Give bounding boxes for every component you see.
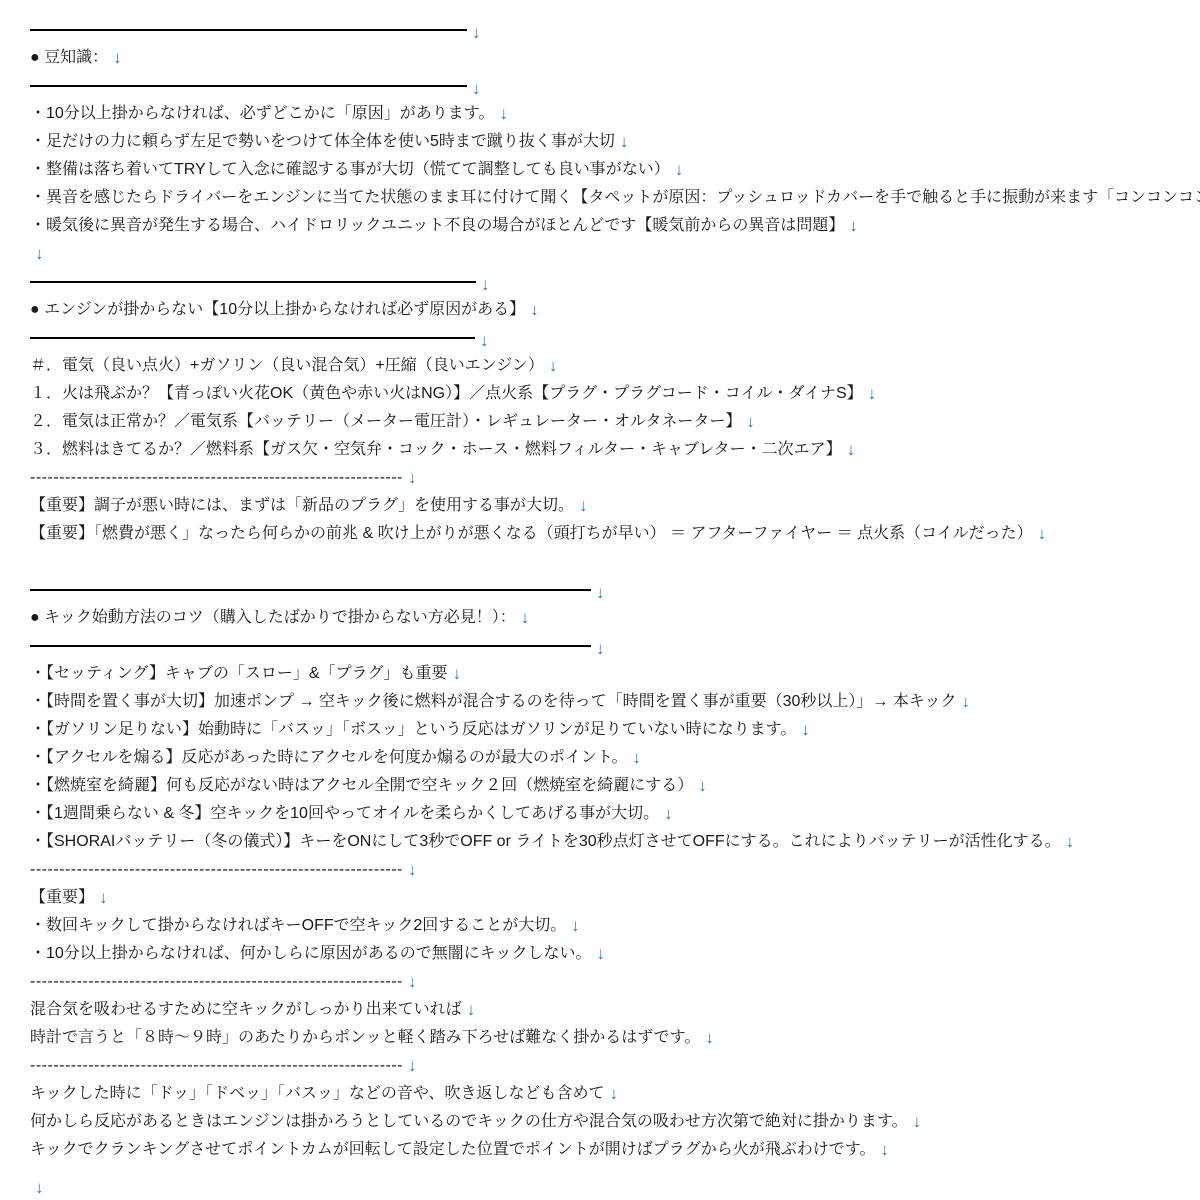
linebreak-arrow-icon: ↓	[530, 296, 539, 324]
text-line-content: ● キック始動方法のコツ（購入したばかりで掛からない方必見！）：	[30, 604, 516, 632]
text-line-content: ・整備は落ち着いてTRYして入念に確認する事が大切（慌てて調整しても良い事がない…	[30, 156, 670, 184]
linebreak-arrow-icon: ↓	[453, 660, 462, 688]
text-line: 【重要】「燃費が悪く」なったら何らかの前兆 & 吹け上がりが悪くなる（頭打ちが早…	[30, 520, 1200, 548]
text-line-content: 時計で言うと「８時〜９時」のあたりからポンッと軽く踏み下ろせば難なく掛かるはずで…	[30, 1024, 700, 1052]
text-line-content: 【重要】「燃費が悪く」なったら何らかの前兆 & 吹け上がりが悪くなる（頭打ちが早…	[30, 520, 1033, 548]
text-line-content: ・【アクセルを煽る】反応があった時にアクセルを何度か煽るのが最大のポイント。	[30, 744, 627, 772]
text-line-content: ・暖気後に異音が発生する場合、ハイドロリックユニット不良の場合がほとんどです【暖…	[30, 212, 844, 240]
text-line-content: １．火は飛ぶか？【青っぽい火花OK（黄色や赤い火はNG）】／点火系【プラグ・プラ…	[30, 380, 863, 408]
text-line-content: ＃．電気（良い点火）+ガソリン（良い混合気）+圧縮（良いエンジン）	[30, 352, 544, 380]
text-line: ・【1週間乗らない & 冬】空キックを10回やってオイルを柔らかくしてあげる事が…	[30, 800, 1200, 828]
text-line: ＃．電気（良い点火）+ガソリン（良い混合気）+圧縮（良いエンジン）↓	[30, 352, 1200, 380]
dashed-separator-line: ----------------------------------------…	[30, 968, 1200, 996]
text-line-content: ・異音を感じたらドライバーをエンジンに当てた状態のまま耳に付けて聞く【タペットが…	[30, 184, 1200, 212]
text-line-content: ２．電気は正常か？／電気系【バッテリー（メーター電圧計）・レギュレーター・オルタ…	[30, 408, 741, 436]
linebreak-arrow-icon: ↓	[472, 19, 481, 47]
text-line-content: ３．燃料はきてるか？／燃料系【ガス欠・空気弁・コック・ホース・燃料フィルター・キ…	[30, 436, 842, 464]
text-line-content: ・【時間を置く事が大切】加速ポンプ → 空キック後に燃料が混合するのを待って「時…	[30, 688, 957, 716]
section-divider-rule: ↓	[30, 268, 1200, 296]
dashed-separator: ----------------------------------------…	[30, 856, 403, 884]
linebreak-arrow-icon: ↓	[549, 352, 558, 380]
linebreak-arrow-icon: ↓	[408, 968, 417, 996]
text-line-content: ・10分以上掛からなければ、必ずどこかに「原因」があります。	[30, 100, 495, 128]
text-line-content: 混合気を吸わせるすために空キックがしっかり出来ていれば	[30, 996, 462, 1024]
horizontal-rule	[30, 29, 467, 31]
linebreak-arrow-icon: ↓	[467, 996, 476, 1024]
dashed-separator-line: ----------------------------------------…	[30, 856, 1200, 884]
text-line-content: 【重要】調子が悪い時には、まずは「新品のプラグ」を使用する事が大切。	[30, 492, 574, 520]
text-line: ・10分以上掛からなければ、何かしらに原因があるので無闇にキックしない。↓	[30, 940, 1200, 968]
linebreak-arrow-icon: ↓	[500, 100, 509, 128]
text-line: 【重要】↓	[30, 884, 1200, 912]
text-line: １．火は飛ぶか？【青っぽい火花OK（黄色や赤い火はNG）】／点火系【プラグ・プラ…	[30, 380, 1200, 408]
text-line: ・【時間を置く事が大切】加速ポンプ → 空キック後に燃料が混合するのを待って「時…	[30, 688, 1200, 716]
linebreak-arrow-icon: ↓	[664, 800, 673, 828]
linebreak-arrow-icon: ↓	[746, 408, 755, 436]
text-line: 何かしら反応があるときはエンジンは掛かろうとしているのでキックの仕方や混合気の吸…	[30, 1108, 1200, 1136]
linebreak-arrow-icon: ↓	[1038, 520, 1047, 548]
text-line: ３．燃料はきてるか？／燃料系【ガス欠・空気弁・コック・ホース・燃料フィルター・キ…	[30, 436, 1200, 464]
dashed-separator: ----------------------------------------…	[30, 968, 403, 996]
horizontal-rule	[30, 645, 591, 647]
linebreak-arrow-icon: ↓	[620, 128, 629, 156]
text-line: ● 豆知識：↓	[30, 44, 1200, 72]
linebreak-arrow-icon: ↓	[596, 635, 605, 663]
text-line: ・数回キックして掛からなければキーOFFで空キック2回することが大切。↓	[30, 912, 1200, 940]
horizontal-rule	[30, 337, 475, 339]
text-line: ・【セッティング】キャブの「スロー」&「プラグ」も重要↓	[30, 660, 1200, 688]
linebreak-arrow-icon: ↓	[675, 156, 684, 184]
text-line: ・足だけの力に頼らず左足で勢いをつけて体全体を使い5時まで蹴り抜く事が大切↓	[30, 128, 1200, 156]
dashed-separator-line: ----------------------------------------…	[30, 464, 1200, 492]
text-line: ・10分以上掛からなければ、必ずどこかに「原因」があります。↓	[30, 100, 1200, 128]
linebreak-arrow-icon: ↓	[481, 271, 490, 299]
text-line-content: ・【ガソリン足りない】始動時に「バスッ」「ボスッ」という反応はガソリンが足りてい…	[30, 716, 796, 744]
text-line-content: ・【燃焼室を綺麗】何も反応がない時はアクセル全開で空キック２回（燃焼室を綺麗にす…	[30, 772, 693, 800]
linebreak-arrow-icon: ↓	[801, 716, 810, 744]
linebreak-arrow-icon: ↓	[408, 464, 417, 492]
linebreak-arrow-icon: ↓	[705, 1024, 714, 1052]
section-divider-rule: ↓	[30, 72, 1200, 100]
linebreak-arrow-icon: ↓	[35, 1174, 44, 1200]
linebreak-arrow-icon: ↓	[847, 436, 856, 464]
text-line: ・【SHORAIバッテリー（冬の儀式）】キーをONにして3秒でOFF or ライ…	[30, 828, 1200, 856]
linebreak-arrow-icon: ↓	[113, 44, 122, 72]
text-line: ● エンジンが掛からない【10分以上掛からなければ必ず原因がある】↓	[30, 296, 1200, 324]
text-line: ２．電気は正常か？／電気系【バッテリー（メーター電圧計）・レギュレーター・オルタ…	[30, 408, 1200, 436]
text-line-content: キックでクランキングさせてポイントカムが回転して設定した位置でポイントが開けばプ…	[30, 1136, 875, 1164]
linebreak-arrow-icon: ↓	[35, 240, 44, 268]
linebreak-arrow-icon: ↓	[472, 75, 481, 103]
linebreak-arrow-icon: ↓	[596, 579, 605, 607]
linebreak-arrow-icon: ↓	[521, 604, 530, 632]
text-line-content: ・【SHORAIバッテリー（冬の儀式）】キーをONにして3秒でOFF or ライ…	[30, 828, 1061, 856]
linebreak-arrow-icon: ↓	[913, 1108, 922, 1136]
linebreak-arrow-icon: ↓	[579, 492, 588, 520]
section-divider-rule: ↓	[30, 632, 1200, 660]
empty-line: ↓	[30, 240, 1200, 268]
linebreak-arrow-icon: ↓	[99, 884, 108, 912]
text-line: ・【アクセルを煽る】反応があった時にアクセルを何度か煽るのが最大のポイント。↓	[30, 744, 1200, 772]
section-divider-rule: ↓	[30, 16, 1200, 44]
text-line-content: ・【1週間乗らない & 冬】空キックを10回やってオイルを柔らかくしてあげる事が…	[30, 800, 659, 828]
text-line-content: ・10分以上掛からなければ、何かしらに原因があるので無闇にキックしない。	[30, 940, 591, 968]
text-line-content: 【重要】	[30, 884, 94, 912]
linebreak-arrow-icon: ↓	[880, 1136, 889, 1164]
linebreak-arrow-icon: ↓	[408, 1052, 417, 1080]
text-line-content: 何かしら反応があるときはエンジンは掛かろうとしているのでキックの仕方や混合気の吸…	[30, 1108, 908, 1136]
text-line: 時計で言うと「８時〜９時」のあたりからポンッと軽く踏み下ろせば難なく掛かるはずで…	[30, 1024, 1200, 1052]
linebreak-arrow-icon: ↓	[849, 212, 858, 240]
linebreak-arrow-icon: ↓	[1066, 828, 1075, 856]
text-line-content: ● エンジンが掛からない【10分以上掛からなければ必ず原因がある】	[30, 296, 525, 324]
text-line: ・【ガソリン足りない】始動時に「バスッ」「ボスッ」という反応はガソリンが足りてい…	[30, 716, 1200, 744]
linebreak-arrow-icon: ↓	[610, 1080, 619, 1108]
text-line: ・異音を感じたらドライバーをエンジンに当てた状態のまま耳に付けて聞く【タペットが…	[30, 184, 1200, 212]
document-body: ↓● 豆知識：↓↓・10分以上掛からなければ、必ずどこかに「原因」があります。↓…	[0, 0, 1200, 1192]
section-divider-rule: ↓	[30, 324, 1200, 352]
text-line: ・整備は落ち着いてTRYして入念に確認する事が大切（慌てて調整しても良い事がない…	[30, 156, 1200, 184]
linebreak-arrow-icon: ↓	[408, 856, 417, 884]
horizontal-rule	[30, 589, 591, 591]
section-divider-rule: ↓	[30, 576, 1200, 604]
text-line: キックした時に「ドッ」「ドベッ」「バスッ」などの音や、吹き返しなども含めて↓	[30, 1080, 1200, 1108]
text-line-content: ・【セッティング】キャブの「スロー」&「プラグ」も重要	[30, 660, 448, 688]
blank-line	[30, 548, 1200, 576]
horizontal-rule	[30, 281, 476, 283]
linebreak-arrow-icon: ↓	[480, 327, 489, 355]
text-line: ● キック始動方法のコツ（購入したばかりで掛からない方必見！）：↓	[30, 604, 1200, 632]
linebreak-arrow-icon: ↓	[868, 380, 877, 408]
linebreak-arrow-icon: ↓	[632, 744, 641, 772]
linebreak-arrow-icon: ↓	[698, 772, 707, 800]
text-line: ・暖気後に異音が発生する場合、ハイドロリックユニット不良の場合がほとんどです【暖…	[30, 212, 1200, 240]
text-line: 混合気を吸わせるすために空キックがしっかり出来ていれば↓	[30, 996, 1200, 1024]
dashed-separator: ----------------------------------------…	[30, 464, 403, 492]
horizontal-rule	[30, 85, 467, 87]
text-line-content: ・数回キックして掛からなければキーOFFで空キック2回することが大切。	[30, 912, 566, 940]
text-line: キックでクランキングさせてポイントカムが回転して設定した位置でポイントが開けばプ…	[30, 1136, 1200, 1164]
text-line-content: キックした時に「ドッ」「ドベッ」「バスッ」などの音や、吹き返しなども含めて	[30, 1080, 605, 1108]
dashed-separator: ----------------------------------------…	[30, 1052, 403, 1080]
linebreak-arrow-icon: ↓	[571, 912, 580, 940]
text-line: ・【燃焼室を綺麗】何も反応がない時はアクセル全開で空キック２回（燃焼室を綺麗にす…	[30, 772, 1200, 800]
text-line: 【重要】調子が悪い時には、まずは「新品のプラグ」を使用する事が大切。↓	[30, 492, 1200, 520]
text-line-content: ● 豆知識：	[30, 44, 108, 72]
dashed-separator-line: ----------------------------------------…	[30, 1052, 1200, 1080]
linebreak-arrow-icon: ↓	[962, 688, 971, 716]
linebreak-arrow-icon: ↓	[596, 940, 605, 968]
empty-line: ↓	[30, 1164, 1200, 1192]
text-line-content: ・足だけの力に頼らず左足で勢いをつけて体全体を使い5時まで蹴り抜く事が大切	[30, 128, 615, 156]
